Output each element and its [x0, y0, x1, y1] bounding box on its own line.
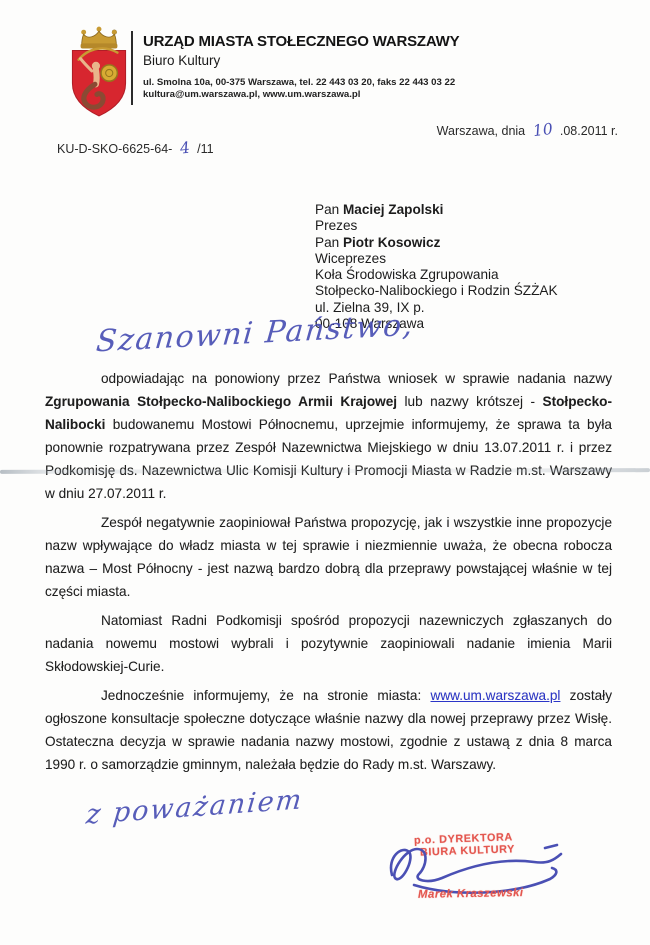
ref-suffix: /11 — [197, 142, 213, 156]
warsaw-coat-of-arms-logo — [58, 25, 140, 119]
letterhead-divider — [131, 31, 133, 105]
text-segment: lub nazwy krótszej - — [397, 394, 542, 409]
recipient-line: Wiceprezes — [315, 251, 558, 267]
text-segment: Koła Środowiska Zgrupowania — [315, 267, 499, 282]
body-paragraph-1: odpowiadając na ponowiony przez Państwa … — [45, 367, 612, 505]
text-segment: odpowiadając na ponowiony przez Państwa … — [101, 371, 612, 386]
text-segment: Zespół negatywnie zaopiniował Państwa pr… — [45, 515, 612, 599]
date-line: Warszawa, dnia 10 .08.2011 r. — [437, 121, 618, 139]
text-segment: Stołpecko-Nalibockiego i Rodzin ŚZŻAK — [315, 283, 558, 298]
ref-number-handwritten: 4 — [179, 138, 191, 157]
letterhead-text: URZĄD MIASTA STOŁECZNEGO WARSZAWY Biuro … — [143, 33, 459, 100]
date-place-prefix: Warszawa, dnia — [437, 124, 525, 138]
text-segment: Natomiast Radni Podkomisji spośród propo… — [45, 613, 612, 674]
address-line: ul. Smolna 10a, 00-375 Warszawa, tel. 22… — [143, 77, 459, 88]
body-paragraph-4: Jednocześnie informujemy, że na stronie … — [45, 684, 612, 776]
bold-text-segment: Zgrupowania Stołpecko-Nalibockiego Armii… — [45, 394, 397, 409]
ref-prefix: KU-D-SKO-6625-64- — [57, 142, 172, 156]
mermaid-crest-icon — [58, 25, 140, 119]
recipient-name: Piotr Kosowicz — [343, 235, 440, 250]
closing-handwritten: z poważaniem — [85, 784, 305, 830]
date-suffix: .08.2011 r. — [560, 124, 618, 138]
recipient-line: Stołpecko-Nalibockiego i Rodzin ŚZŻAK — [315, 283, 558, 299]
salutation-handwritten: Szanowni Państwo, — [95, 308, 416, 360]
text-segment: Wiceprezes — [315, 251, 386, 266]
text-segment: Pan — [315, 202, 343, 217]
contact-line: kultura@um.warszawa.pl, www.um.warszawa.… — [143, 89, 459, 100]
reference-number: KU-D-SKO-6625-64- 4 /11 — [57, 139, 214, 157]
letter-body: odpowiadając na ponowiony przez Państwa … — [45, 367, 612, 782]
recipient-line: Koła Środowiska Zgrupowania — [315, 267, 558, 283]
text-segment: Jednocześnie informujemy, że na stronie … — [101, 688, 431, 703]
signature-block: p.o. DYREKTORA BIURA KULTURY Marek Krasz… — [388, 833, 598, 913]
text-segment: Prezes — [315, 218, 357, 233]
recipient-line: Pan Piotr Kosowicz — [315, 235, 558, 251]
recipient-name: Maciej Zapolski — [343, 202, 443, 217]
body-paragraph-3: Natomiast Radni Podkomisji spośród propo… — [45, 609, 612, 678]
department-name: Biuro Kultury — [143, 53, 459, 69]
recipient-line: Prezes — [315, 218, 558, 234]
text-segment: Pan — [315, 235, 343, 250]
stamp-name: Marek Kraszewski — [418, 887, 524, 901]
date-day-handwritten: 10 — [532, 120, 554, 140]
text-segment: budowanemu Mostowi Północnemu, uprzejmie… — [45, 417, 612, 501]
body-paragraph-2: Zespół negatywnie zaopiniował Państwa pr… — [45, 511, 612, 603]
org-name: URZĄD MIASTA STOŁECZNEGO WARSZAWY — [143, 33, 459, 50]
link-um-warszawa[interactable]: www.um.warszawa.pl — [431, 688, 561, 703]
letter-page: URZĄD MIASTA STOŁECZNEGO WARSZAWY Biuro … — [0, 0, 650, 945]
recipient-line: Pan Maciej Zapolski — [315, 202, 558, 218]
